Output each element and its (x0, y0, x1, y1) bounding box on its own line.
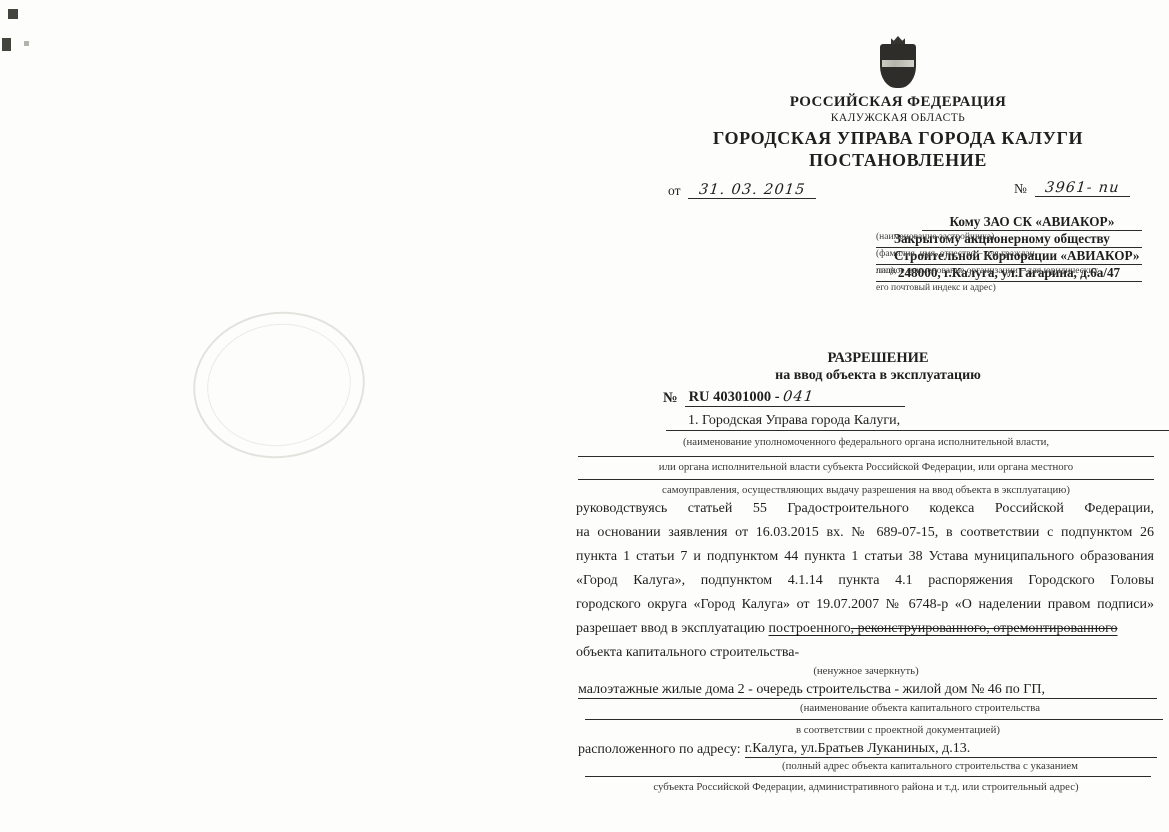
addressee-caption4: его почтовый индекс и адрес) (876, 283, 996, 294)
scan-speck (8, 9, 18, 19)
object-caption1: (наименование объекта капитального строи… (680, 702, 1160, 714)
permit-line-prefix: разрешает ввод в эксплуатацию (576, 621, 769, 636)
object-line: малоэтажные жилые дома 2 - очередь строи… (578, 681, 1157, 699)
form-rule (585, 776, 1151, 777)
address-caption1: (полный адрес объекта капитального строи… (700, 760, 1160, 772)
scan-speck (24, 41, 29, 46)
document-header: РОССИЙСКАЯ ФЕДЕРАЦИЯ КАЛУЖСКАЯ ОБЛАСТЬ (598, 36, 1169, 124)
body-line-1: руководствуясь статьей 55 Градостроитель… (576, 500, 1154, 517)
date-field: от 31. 03. 2015 (668, 182, 816, 199)
permit-line-struck-words: , реконструированного, отремонтированног… (851, 621, 1118, 636)
address-line: расположенного по адресу: г.Калуга, ул.Б… (578, 740, 1157, 758)
authority-title: ГОРОДСКАЯ УПРАВА ГОРОДА КАЛУГИ (598, 128, 1169, 149)
form-rule (585, 719, 1163, 720)
doc-type-title: ПОСТАНОВЛЕНИЕ (598, 150, 1169, 171)
addressee-caption2: (фамилия, имя, отчество – для граждан, (876, 249, 1037, 260)
permit-title: РАЗРЕШЕНИЕ (578, 350, 1169, 367)
address-value: г.Калуга, ул.Братьев Луканиных, д.13. (745, 740, 1157, 758)
permit-subtitle: на ввод объекта в эксплуатацию (578, 368, 1169, 384)
kaluga-coat-of-arms-icon (880, 36, 916, 90)
scan-speck (2, 38, 11, 51)
form-rule (578, 479, 1154, 480)
body-line-4: «Город Калуга», подпунктом 4.1.14 пункта… (576, 572, 1154, 589)
addressee-block: Кому ЗАО СК «АВИАКОР» (наименование заст… (876, 214, 1142, 282)
addressee-line1: Кому ЗАО СК «АВИАКОР» (922, 214, 1142, 231)
stamp-inner-ring (199, 315, 359, 456)
issuer-caption1: (наименование уполномоченного федерально… (578, 436, 1154, 448)
scanned-document-page: РОССИЙСКАЯ ФЕДЕРАЦИЯ КАЛУЖСКАЯ ОБЛАСТЬ Г… (0, 0, 1169, 832)
date-label: от (668, 183, 680, 199)
issuer-caption3: самоуправления, осуществляющих выдачу ра… (578, 484, 1154, 496)
number-handwritten-value: 3961- пи (1044, 180, 1120, 196)
addressee-caption3: полное наименование организации – для юр… (876, 266, 1098, 277)
issuer-caption2: или органа исполнительной власти субъект… (578, 461, 1154, 473)
address-prefix: расположенного по адресу: (578, 741, 741, 758)
number-label: № (1014, 181, 1027, 197)
object-caption2: в соответствии с проектной документацией… (640, 724, 1156, 736)
permit-line-built-word: построенного (769, 621, 851, 636)
form-rule (578, 456, 1154, 457)
issuer-line: 1. Городская Управа города Калуги, (666, 412, 1169, 431)
date-handwritten-value: 31. 03. 2015 (698, 182, 806, 198)
permit-number-printed: RU 40301000 (689, 389, 772, 405)
number-field: № 3961- пи (1014, 180, 1130, 197)
faint-stamp-watermark (184, 301, 375, 470)
addressee-caption1: (наименование застройщика) (876, 232, 994, 243)
body-line-5: городского округа «Город Калуга» от 19.0… (576, 596, 1154, 613)
body-tail-line: объекта капитального строительства- (576, 644, 1154, 661)
scan-streak-artifact (8, 295, 332, 299)
permit-number-line: № RU 40301000 - 041 (663, 389, 905, 407)
cross-out-caption: (ненужное зачеркнуть) (578, 665, 1154, 677)
address-caption2: субъекта Российской Федерации, администр… (578, 781, 1154, 793)
header-country: РОССИЙСКАЯ ФЕДЕРАЦИЯ (598, 94, 1169, 111)
body-permit-line: разрешает ввод в эксплуатацию построенно… (576, 620, 1154, 637)
header-region: КАЛУЖСКАЯ ОБЛАСТЬ (598, 112, 1169, 124)
permit-number-label: № (663, 390, 678, 407)
body-line-3: пункта 1 статьи 7 и подпунктом 44 пункта… (576, 548, 1154, 565)
permit-number-handwritten: 041 (782, 389, 815, 405)
addressee-caption3b: лиц), (876, 266, 896, 277)
body-line-2: на основании заявления от 16.03.2015 вх.… (576, 524, 1154, 541)
